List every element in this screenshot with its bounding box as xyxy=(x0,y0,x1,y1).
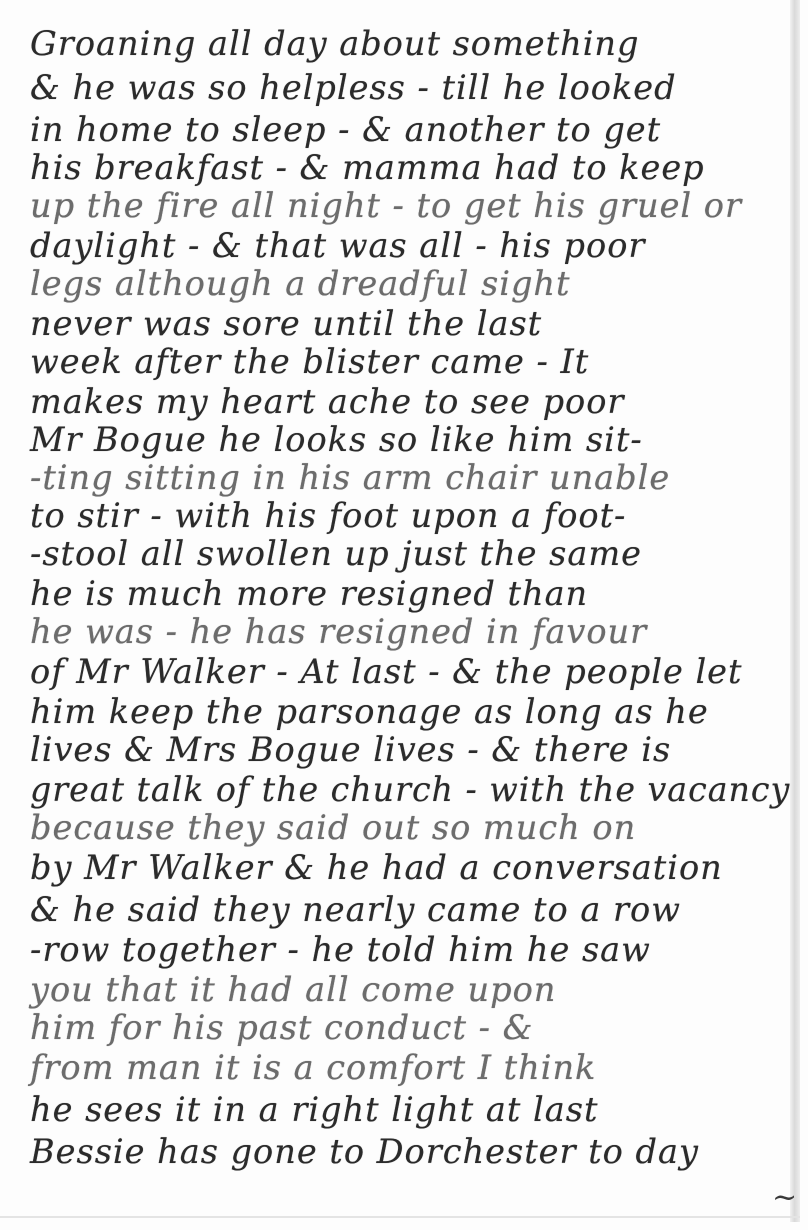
handwritten-line: lives & Mrs Bogue lives - & there is xyxy=(30,728,790,772)
handwritten-line: Groaning all day about something xyxy=(30,22,790,66)
handwritten-line: him for his past conduct - & xyxy=(30,1006,790,1050)
margin-flourish: ~ xyxy=(772,1180,797,1215)
letter-page: Groaning all day about something & he wa… xyxy=(0,0,808,1230)
handwritten-line: legs although a dreadful sight xyxy=(30,262,790,306)
handwritten-line: Bessie has gone to Dorchester to day xyxy=(30,1130,790,1174)
handwritten-line: of Mr Walker - At last - & the people le… xyxy=(30,650,790,694)
page-bottom-edge xyxy=(0,1216,800,1218)
handwritten-line: he was - he has resigned in favour xyxy=(30,610,790,654)
handwritten-line: up the fire all night - to get his gruel… xyxy=(30,184,790,228)
handwritten-line: from man it is a comfort I think xyxy=(30,1046,790,1090)
handwritten-line: because they said out so much on xyxy=(30,806,790,850)
handwritten-line: -stool all swollen up just the same xyxy=(30,532,790,576)
page-edge-shadow xyxy=(790,0,800,1222)
handwritten-line: -row together - he told him he saw xyxy=(30,928,790,972)
handwritten-line: & he said they nearly came to a row xyxy=(30,888,790,932)
handwritten-line: & he was so helpless - till he looked xyxy=(30,66,790,110)
handwritten-line: he sees it in a right light at last xyxy=(30,1088,790,1132)
handwritten-line: by Mr Walker & he had a conversation xyxy=(30,846,790,890)
handwritten-line: week after the blister came - It xyxy=(30,340,790,384)
